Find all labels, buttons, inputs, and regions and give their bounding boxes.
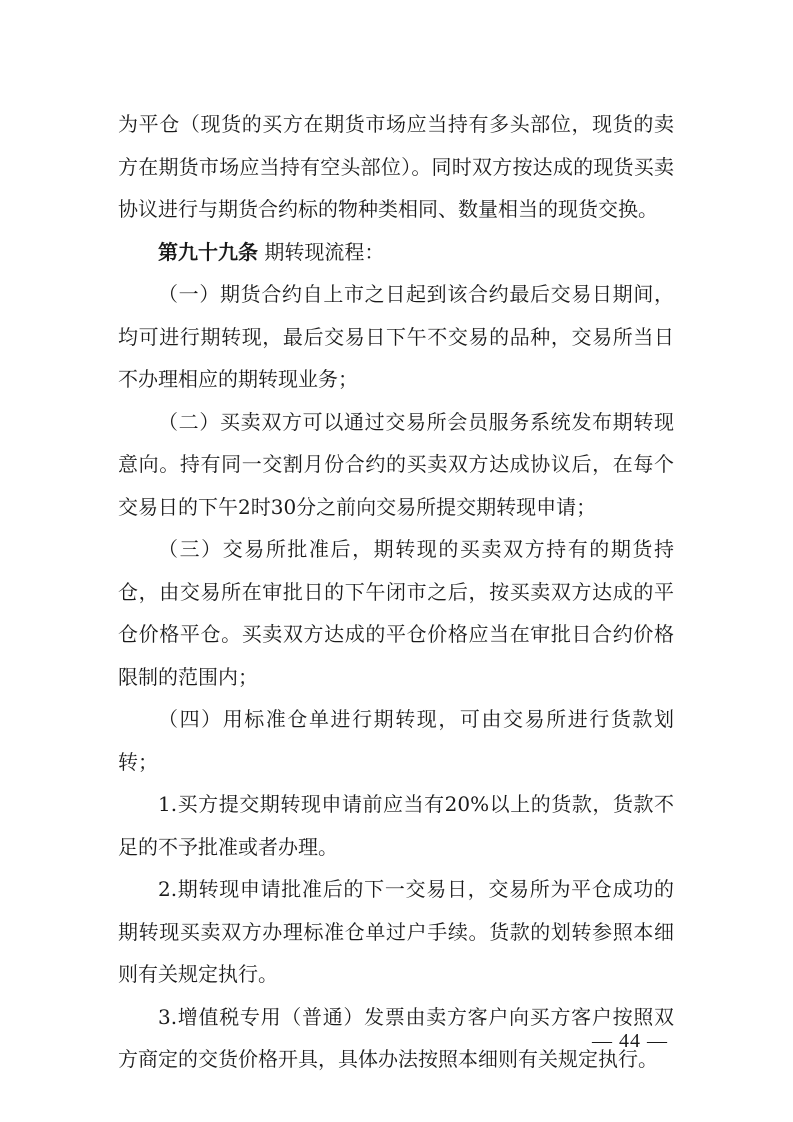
article-title: 期转现流程： bbox=[258, 240, 384, 264]
clause-item-3: （三）交易所批准后，期转现的买卖双方持有的期货持仓，由交易所在审批日的下午闭市之… bbox=[118, 528, 674, 698]
document-page: 为平仓（现货的买方在期货市场应当持有多头部位，现货的卖方在期货市场应当持有空头部… bbox=[118, 103, 674, 1081]
article-99-heading-paragraph: 第九十九条 期转现流程： bbox=[118, 231, 674, 274]
sub-item-1: 1.买方提交期转现申请前应当有20%以上的货款，货款不足的不予批准或者办理。 bbox=[118, 783, 674, 868]
sub-item-2: 2.期转现申请批准后的下一交易日，交易所为平仓成功的期转现买卖双方办理标准仓单过… bbox=[118, 868, 674, 996]
clause-item-1: （一）期货合约自上市之日起到该合约最后交易日期间，均可进行期转现，最后交易日下午… bbox=[118, 273, 674, 401]
page-number: — 44 — bbox=[592, 1030, 668, 1053]
clause-item-2: （二）买卖双方可以通过交易所会员服务系统发布期转现意向。持有同一交割月份合约的买… bbox=[118, 401, 674, 529]
paragraph-continuation: 为平仓（现货的买方在期货市场应当持有多头部位，现货的卖方在期货市场应当持有空头部… bbox=[118, 103, 674, 231]
clause-item-4: （四）用标准仓单进行期转现，可由交易所进行货款划转； bbox=[118, 698, 674, 783]
article-number: 第九十九条 bbox=[158, 240, 258, 264]
sub-item-3: 3.增值税专用（普通）发票由卖方客户向买方客户按照双方商定的交货价格开具，具体办… bbox=[118, 996, 674, 1081]
